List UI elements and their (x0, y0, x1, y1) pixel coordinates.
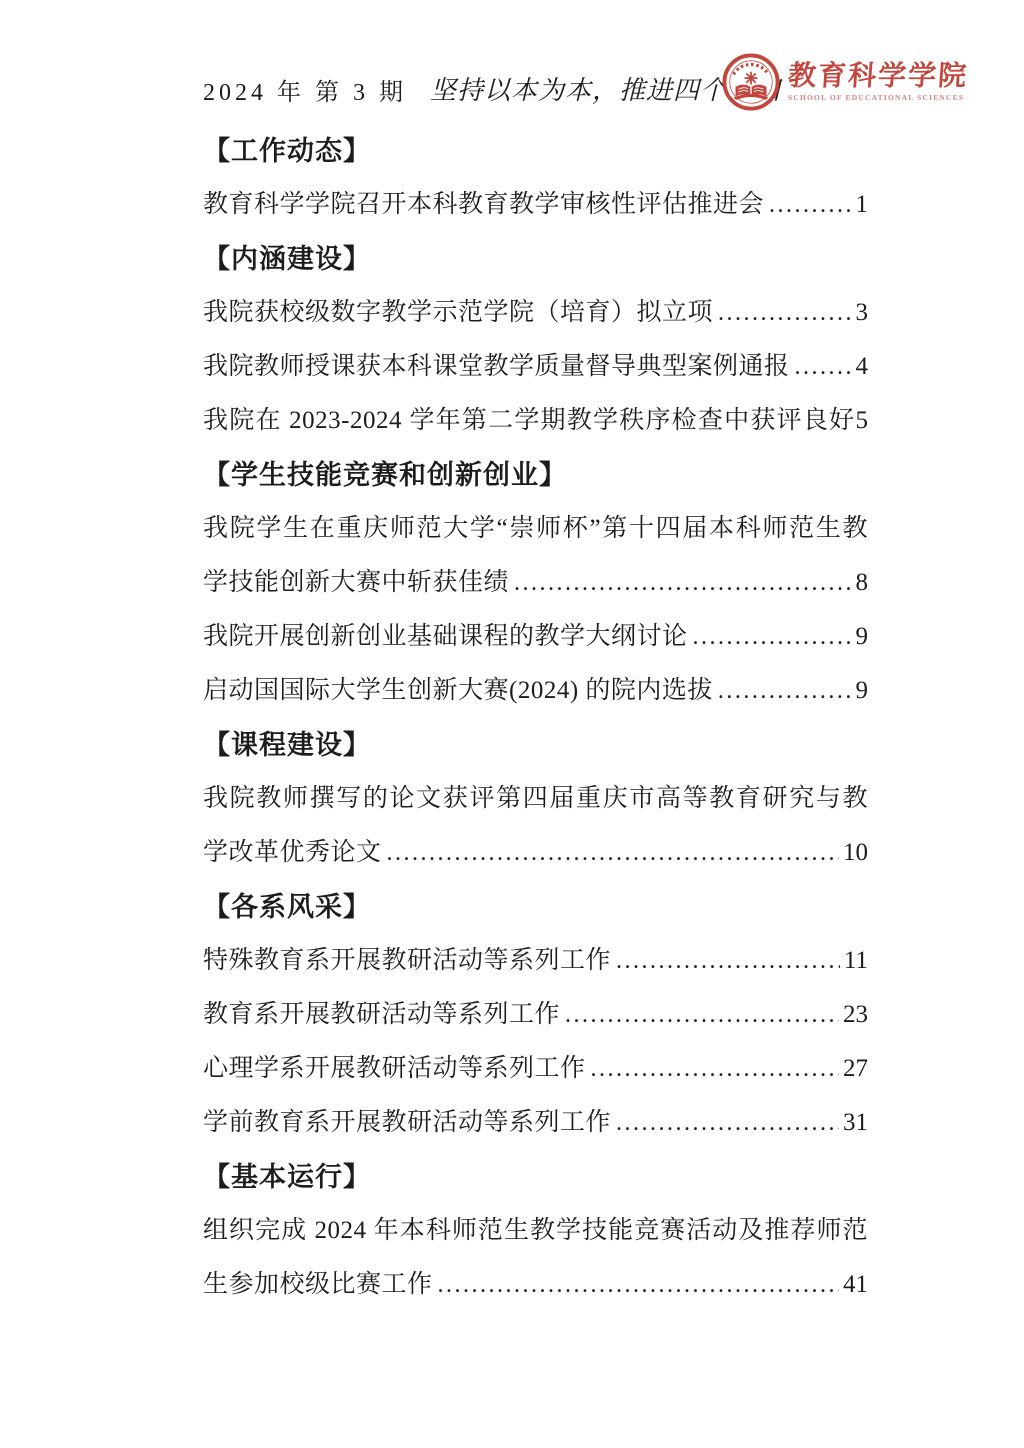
toc-entry: 学技能创新大赛中斩获佳绩8 (203, 556, 868, 610)
toc-entry: 我院教师授课获本科课堂教学质量督导典型案例通报4 (203, 340, 868, 394)
document-page: 2024 年 第 3 期 坚持以本为本，推进四个回归 (0, 0, 1024, 1448)
table-of-contents: 【工作动态】教育科学学院召开本科教育教学审核性评估推进会1【内涵建设】我院获校级… (203, 124, 868, 1312)
toc-page-number: 8 (856, 556, 869, 610)
toc-page-number: 4 (856, 340, 869, 394)
toc-entry-text: 我院在 2023-2024 学年第二学期教学秩序检查中获评良好 (203, 394, 855, 448)
toc-page-number: 9 (856, 610, 869, 664)
toc-leader-dots (438, 1258, 839, 1312)
toc-entry-text: 我院开展创新创业基础课程的教学大纲讨论 (203, 610, 688, 664)
toc-leader-dots (693, 610, 852, 664)
toc-entry: 心理学系开展教研活动等系列工作27 (203, 1042, 868, 1096)
toc-entry-text: 教育科学学院召开本科教育教学审核性评估推进会 (203, 178, 764, 232)
toc-leader-dots (616, 1096, 839, 1150)
toc-entry-text: 我院教师撰写的论文获评第四届重庆市高等教育研究与教 (203, 772, 868, 826)
toc-entry-text: 启动国国际大学生创新大赛(2024) 的院内选拔 (203, 664, 713, 718)
school-logo: 教育科学学院 SCHOOL OF EDUCATIONAL SCIENCES (722, 50, 968, 114)
toc-section-heading: 【工作动态】 (203, 124, 868, 178)
toc-entry: 我院开展创新创业基础课程的教学大纲讨论9 (203, 610, 868, 664)
toc-entry-text: 我院学生在重庆师范大学“崇师杯”第十四届本科师范生教 (203, 502, 868, 556)
toc-entry-text: 学前教育系开展教研活动等系列工作 (203, 1096, 611, 1150)
toc-section-heading: 【基本运行】 (203, 1150, 868, 1204)
toc-page-number: 23 (843, 988, 868, 1042)
school-logo-text: 教育科学学院 SCHOOL OF EDUCATIONAL SCIENCES (788, 62, 968, 103)
toc-page-number: 5 (856, 394, 869, 448)
toc-page-number: 3 (856, 286, 869, 340)
toc-leader-dots (616, 934, 840, 988)
toc-entry-text: 特殊教育系开展教研活动等系列工作 (203, 934, 611, 988)
toc-section-heading: 【课程建设】 (203, 718, 868, 772)
school-name-cn: 教育科学学院 (787, 62, 969, 93)
toc-entry-text: 教育系开展教研活动等系列工作 (203, 988, 560, 1042)
toc-page-number: 27 (843, 1042, 868, 1096)
toc-leader-dots (514, 556, 851, 610)
toc-entry: 生参加校级比赛工作41 (203, 1258, 868, 1312)
toc-section-heading: 【学生技能竞赛和创新创业】 (203, 448, 868, 502)
issue-label: 2024 年 第 3 期 (203, 72, 407, 107)
toc-leader-dots (795, 340, 852, 394)
toc-page-number: 31 (843, 1096, 868, 1150)
toc-entry-text: 组织完成 2024 年本科师范生教学技能竞赛活动及推荐师范 (203, 1204, 868, 1258)
toc-leader-dots (769, 178, 851, 232)
toc-entry: 我院在 2023-2024 学年第二学期教学秩序检查中获评良好5 (203, 394, 868, 448)
toc-leader-dots (591, 1042, 839, 1096)
school-seal-icon (722, 53, 780, 111)
toc-section-heading: 【各系风采】 (203, 880, 868, 934)
toc-entry: 学改革优秀论文10 (203, 826, 868, 880)
toc-entry: 启动国国际大学生创新大赛(2024) 的院内选拔9 (203, 664, 868, 718)
toc-page-number: 11 (844, 934, 868, 988)
toc-leader-dots (387, 826, 839, 880)
toc-entry-text: 学技能创新大赛中斩获佳绩 (203, 556, 509, 610)
toc-entry-text: 心理学系开展教研活动等系列工作 (203, 1042, 586, 1096)
toc-leader-dots (718, 664, 852, 718)
toc-leader-dots (565, 988, 839, 1042)
toc-entry: 特殊教育系开展教研活动等系列工作11 (203, 934, 868, 988)
toc-entry: 我院获校级数字教学示范学院（培育）拟立项3 (203, 286, 868, 340)
toc-entry: 教育科学学院召开本科教育教学审核性评估推进会1 (203, 178, 868, 232)
toc-section-heading: 【内涵建设】 (203, 232, 868, 286)
school-name-en: SCHOOL OF EDUCATIONAL SCIENCES (788, 93, 964, 102)
toc-page-number: 41 (843, 1258, 868, 1312)
toc-entry: 教育系开展教研活动等系列工作23 (203, 988, 868, 1042)
toc-entry: 学前教育系开展教研活动等系列工作31 (203, 1096, 868, 1150)
toc-entry-text: 生参加校级比赛工作 (203, 1258, 433, 1312)
toc-page-number: 1 (856, 178, 869, 232)
toc-page-number: 9 (856, 664, 869, 718)
toc-entry-text: 我院教师授课获本科课堂教学质量督导典型案例通报 (203, 340, 790, 394)
toc-entry-text: 我院获校级数字教学示范学院（培育）拟立项 (203, 286, 713, 340)
toc-leader-dots (718, 286, 851, 340)
toc-page-number: 10 (843, 826, 868, 880)
toc-entry-text: 学改革优秀论文 (203, 826, 382, 880)
